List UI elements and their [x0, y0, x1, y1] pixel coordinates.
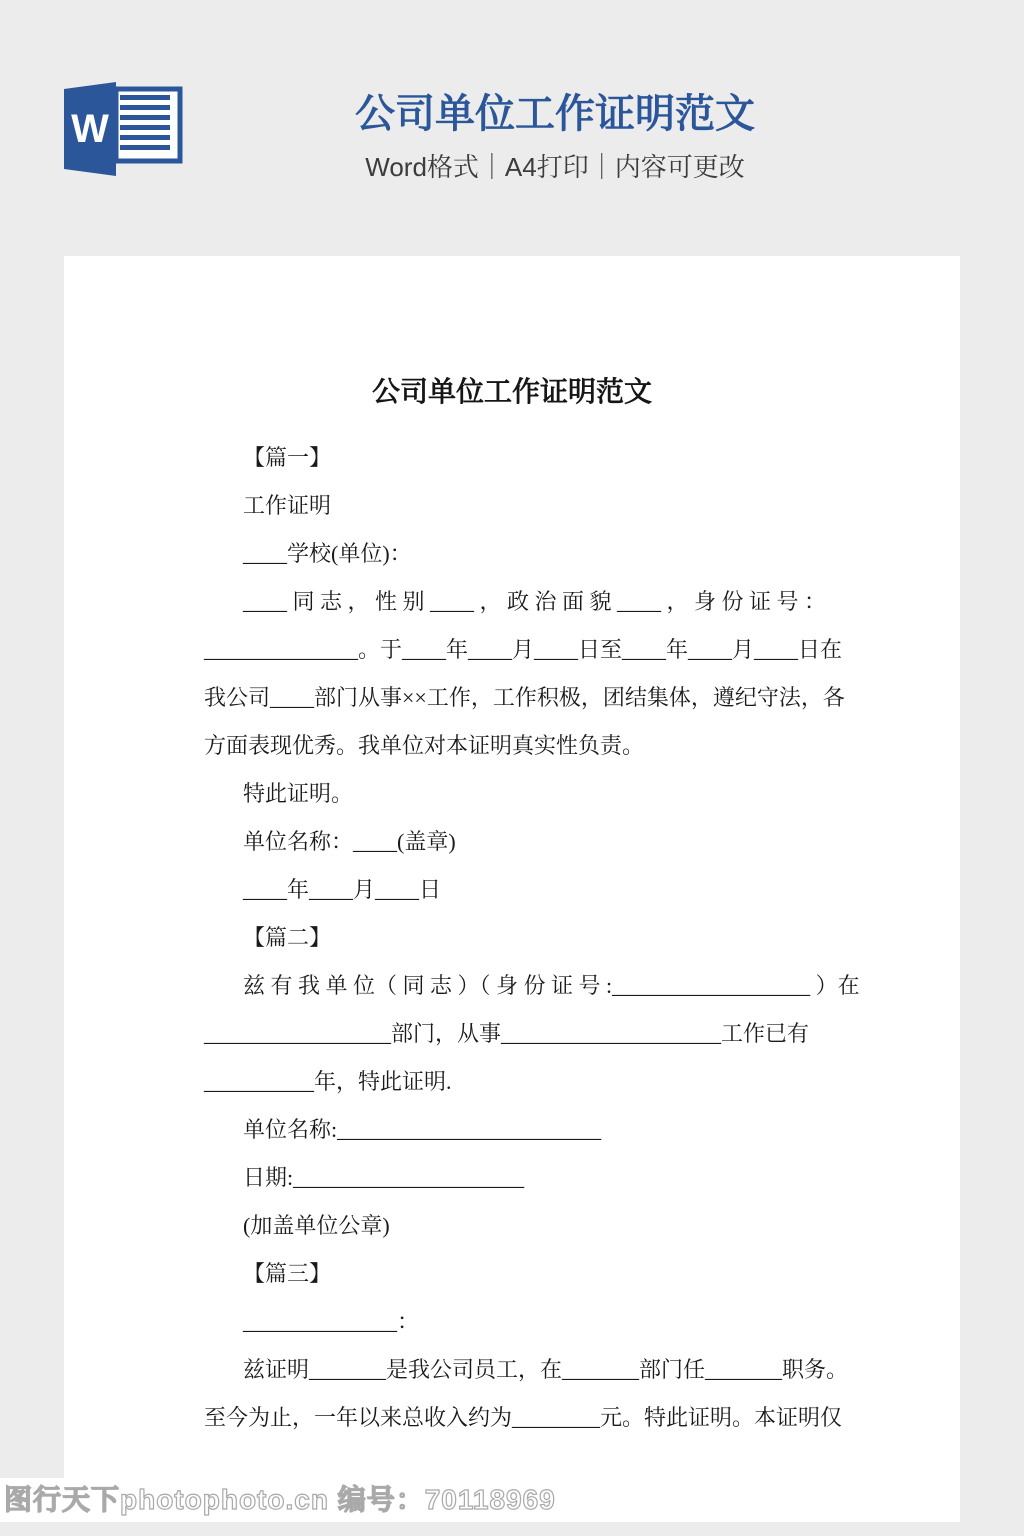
document-body: 【篇一】工作证明____学校(单位)：____ 同 志 ， 性 别 ____ ，…: [64, 434, 960, 1442]
doc-paragraph: 至今为止，一年以来总收入约为________元。特此证明。本证明仅: [204, 1394, 838, 1442]
doc-paragraph: ____年____月____日: [204, 866, 838, 914]
doc-paragraph: 日期:_____________________: [204, 1154, 838, 1202]
page-canvas: W 公司单位工作证明范文 Word格式｜A4打印｜内容可更改 公司单位工作证明范…: [0, 0, 1024, 1536]
watermark-text: 图行天下photophoto.cn 编号：70118969: [0, 1478, 960, 1522]
doc-paragraph: 方面表现优秀。我单位对本证明真实性负责。: [204, 722, 838, 770]
doc-paragraph: ______________：: [204, 1298, 838, 1346]
doc-paragraph: __________年，特此证明.: [204, 1058, 838, 1106]
header: W 公司单位工作证明范文 Word格式｜A4打印｜内容可更改: [0, 0, 1024, 256]
header-title: 公司单位工作证明范文: [86, 90, 1024, 138]
doc-paragraph: 单位名称:________________________: [204, 1106, 838, 1154]
doc-paragraph: ____ 同 志 ， 性 别 ____ ， 政 治 面 貌 ____ ， 身 份…: [204, 578, 838, 626]
document-title: 公司单位工作证明范文: [64, 368, 960, 416]
header-subtitle: Word格式｜A4打印｜内容可更改: [86, 152, 1024, 182]
doc-paragraph: 【篇二】: [204, 914, 838, 962]
doc-paragraph: 兹证明_______是我公司员工，在_______部门任_______职务。: [204, 1346, 838, 1394]
doc-paragraph: 我公司____部门从事××工作，工作积极，团结集体，遵纪守法，各: [204, 674, 838, 722]
doc-paragraph: 【篇一】: [204, 434, 838, 482]
doc-paragraph: _________________部门，从事__________________…: [204, 1010, 838, 1058]
doc-paragraph: (加盖单位公章): [204, 1202, 838, 1250]
doc-paragraph: ____学校(单位)：: [204, 530, 838, 578]
doc-paragraph: 特此证明。: [204, 770, 838, 818]
doc-paragraph: 工作证明: [204, 482, 838, 530]
document-page: 公司单位工作证明范文 【篇一】工作证明____学校(单位)：____ 同 志 ，…: [64, 256, 960, 1522]
doc-paragraph: 兹 有 我 单 位（ 同 志 ）（ 身 份 证 号 :_____________…: [204, 962, 838, 1010]
doc-paragraph: 单位名称：____(盖章): [204, 818, 838, 866]
watermark-bar: 图行天下photophoto.cn 编号：70118969: [0, 1478, 960, 1522]
doc-paragraph: ______________。于____年____月____日至____年___…: [204, 626, 838, 674]
doc-paragraph: 【篇三】: [204, 1250, 838, 1298]
header-titles: 公司单位工作证明范文 Word格式｜A4打印｜内容可更改: [86, 90, 1024, 182]
